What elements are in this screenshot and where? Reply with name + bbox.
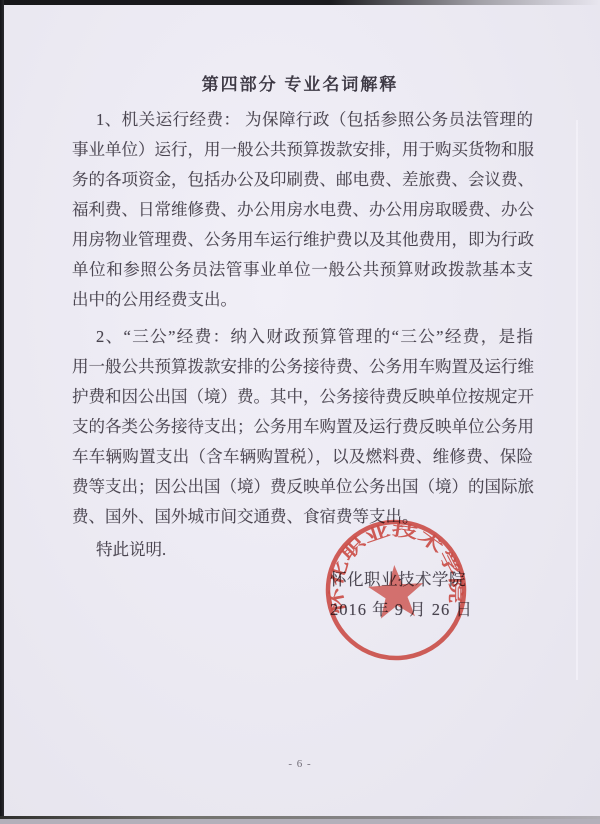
scan-edge-right-sheen <box>576 120 578 680</box>
scan-edge-top <box>0 0 600 5</box>
paragraph-line: 用房物业管理费、公务用车运行维护费以及其他费用，即为行政 <box>72 225 533 255</box>
paragraph-three-public-funds: 2、“三公”经费：纳入财政预算管理的“三公”经费，是指 用一般公共预算拨款安排的… <box>72 322 533 532</box>
paragraph-line: 护费和因公出国（境）费。其中，公务接待费反映单位按规定开 <box>72 382 533 412</box>
paragraph-line: 1、机关运行经费： 为保障行政（包括参照公务员法管理的 <box>72 105 533 135</box>
paragraph-line: 出中的公用经费支出。 <box>72 285 533 315</box>
paragraph-line: 福利费、日常维修费、办公用房水电费、办公用房取暖费、办公 <box>72 195 533 225</box>
scan-edge-left <box>0 0 4 818</box>
paragraph-agency-operating-funds: 1、机关运行经费： 为保障行政（包括参照公务员法管理的 事业单位）运行，用一般公… <box>72 105 533 315</box>
page-number: - 6 - <box>0 758 600 770</box>
paragraph-line: 事业单位）运行，用一般公共预算拨款安排，用于购买货物和服 <box>72 135 533 165</box>
paragraph-line: 2、“三公”经费：纳入财政预算管理的“三公”经费，是指 <box>72 322 533 352</box>
paragraph-line: 支的各类公务接待支出；公务用车购置及运行费反映单位公务用 <box>72 412 533 442</box>
paragraph-line: 务的各项资金，包括办公及印刷费、邮电费、差旅费、会议费、 <box>72 165 533 195</box>
official-red-seal: 怀化职业技术学院 <box>315 509 477 671</box>
scan-edge-bottom-band <box>0 819 600 824</box>
paragraph-line: 用一般公共预算拨款安排的公务接待费、公务用车购置及运行维 <box>72 352 533 382</box>
seal-star-icon <box>367 563 426 619</box>
paragraph-line: 车车辆购置支出（含车辆购置税），以及燃料费、维修费、保险 <box>72 442 533 472</box>
scanned-document-page: 第四部分 专业名词解释 1、机关运行经费： 为保障行政（包括参照公务员法管理的 … <box>0 0 600 824</box>
paragraph-line: 单位和参照公务员法管事业单位一般公共预算财政拨款基本支 <box>72 255 533 285</box>
paragraph-line: 费等支出；因公出国（境）费反映单位公务出国（境）的国际旅 <box>72 472 533 502</box>
document-title: 第四部分 专业名词解释 <box>0 70 600 95</box>
